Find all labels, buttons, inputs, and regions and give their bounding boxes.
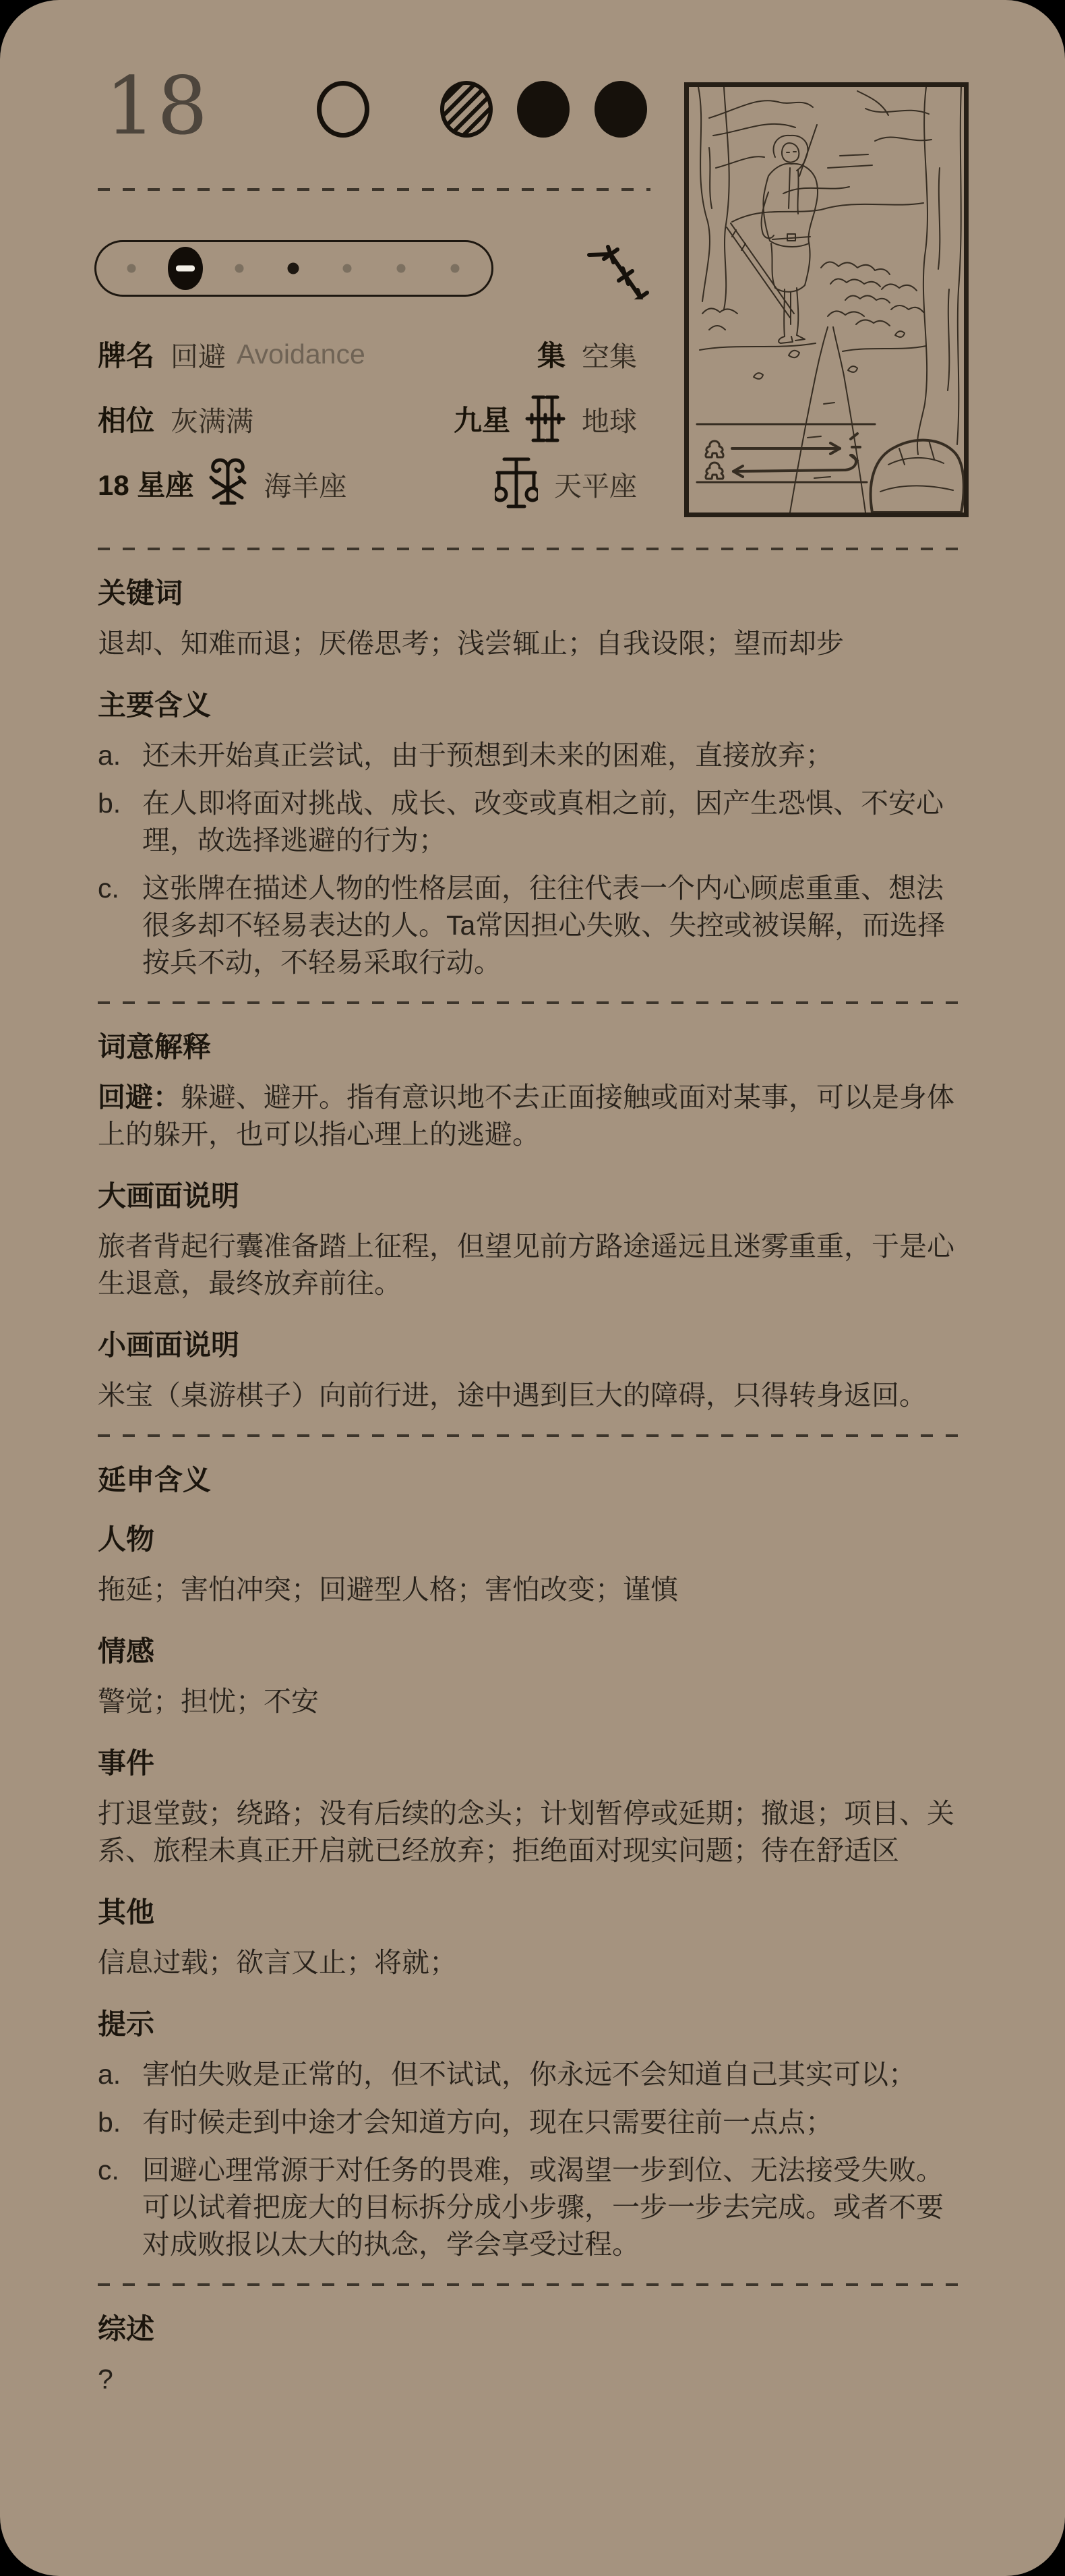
extended-people-title: 人物 [98,1523,969,1556]
card-page: 18 [0,0,1065,2576]
list-marker: a. [98,737,142,774]
word-explain-title: 词意解释 [98,1031,969,1063]
info-row-name: 牌名 回避 Avoidance 集 空集 [98,336,637,372]
list-item: a. 还未开始真正尝试，由于预想到未来的困难，直接放弃； [98,737,969,774]
slider-dot[interactable] [127,264,136,273]
slider-dot[interactable] [343,264,352,273]
slider-dot[interactable] [235,264,244,273]
slider-dot[interactable] [451,264,460,273]
list-text: 有时候走到中途才会知道方向，现在只需要往前一点点； [142,2104,969,2141]
list-item: b. 有时候走到中途才会知道方向，现在只需要往前一点点； [98,2104,969,2141]
set-value: 空集 [582,334,637,374]
keywords-text: 退却、知难而退；厌倦思考；浅尝辄止；自我设限；望而却步 [98,625,969,662]
list-item: c. 回避心理常源于对任务的畏难，或渴望一步到位、无法接受失败。可以试着把庞大的… [98,2152,969,2263]
section-dashed-divider [98,2283,969,2286]
small-picture-text: 米宝（桌游棋子）向前行进，途中遇到巨大的障碍，只得转身返回。 [98,1377,969,1414]
header-dashed-divider [98,188,650,191]
list-marker: c. [98,870,142,981]
list-marker: b. [98,2104,142,2141]
list-item: a. 害怕失败是正常的，但不试试，你永远不会知道自己其实可以； [98,2056,969,2093]
progress-slider[interactable] [94,240,493,297]
phase-circle-hatched-icon [440,81,493,138]
slider-dot-filled[interactable] [288,263,299,274]
staked-path-sigil-icon [584,232,651,299]
libra-scales-sigil-icon [495,454,538,513]
phase-value: 灰满满 [171,399,253,439]
info-row-phase: 相位 灰满满 九星 地球 [98,401,637,437]
zodiac-18-label: 18 星座 [98,463,193,504]
forest-traveler-drawing [689,87,964,513]
phase-circle-solid-icon [517,81,570,138]
word-explain-text: 回避：躲避、避开。指有意识地不去正面接触或面对某事，可以是身体上的躲开，也可以指… [98,1079,969,1153]
list-marker: b. [98,785,142,859]
list-text: 还未开始真正尝试，由于预想到未来的困难，直接放弃； [142,737,969,774]
list-item: b. 在人即将面对挑战、成长、改变或真相之前，因产生恐惧、不安心理，故选择逃避的… [98,785,969,859]
list-marker: c. [98,2152,142,2263]
card-body: 关键词 退却、知难而退；厌倦思考；浅尝辄止；自我设限；望而却步 主要含义 a. … [98,548,969,2398]
sea-goat-sigil-icon [208,456,247,511]
extended-other-text: 信息过载；欲言又止；将就； [98,1944,969,1981]
set-label: 集 [537,334,566,374]
keywords-title: 关键词 [98,577,969,610]
phase-circle-solid-icon [595,81,647,138]
extended-event-text: 打退堂鼓；绕路；没有后续的念头；计划暂停或延期；撤退；项目、关系、旅程未真正开启… [98,1795,969,1869]
section-dashed-divider [98,1434,969,1437]
phase-label: 相位 [98,399,154,439]
big-picture-title: 大画面说明 [98,1180,969,1212]
section-dashed-divider [98,548,969,550]
card-number: 18 [105,66,209,146]
info-row-zodiac: 18 星座 海羊座 [98,465,637,502]
list-text: 这张牌在描述人物的性格层面，往往代表一个内心顾虑重重、想法很多却不轻易表达的人。… [142,870,969,981]
extended-other-title: 其他 [98,1896,969,1929]
main-meaning-title: 主要含义 [98,689,969,722]
zodiac-18-value: 海羊座 [264,464,346,504]
summary-title: 综述 [98,2313,969,2345]
big-picture-text: 旅者背起行囊准备踏上征程，但望见前方路途遥远且迷雾重重，于是心生退意，最终放弃前… [98,1228,969,1302]
nine-star-value: 地球 [582,399,637,439]
word-explain-body: 躲避、避开。指有意识地不去正面接触或面对某事，可以是身体上的躲开，也可以指心理上… [98,1082,954,1150]
nine-star-label: 九星 [454,399,510,439]
card-name-value: 回避 [171,334,226,374]
card-info-grid: 牌名 回避 Avoidance 集 空集 相位 灰满满 九星 [98,336,637,530]
extended-people-text: 拖延；害怕冲突；回避型人格；害怕改变；谨慎 [98,1571,969,1608]
section-dashed-divider [98,1001,969,1004]
list-item: c. 这张牌在描述人物的性格层面，往往代表一个内心顾虑重重、想法很多却不轻易表达… [98,870,969,981]
slider-dot-selected[interactable] [168,247,203,290]
card-name-label: 牌名 [98,334,154,374]
list-text: 害怕失败是正常的，但不试试，你永远不会知道自己其实可以； [142,2056,969,2093]
small-picture-title: 小画面说明 [98,1329,969,1362]
zodiac-libra-value: 天平座 [554,464,637,504]
extended-emotion-text: 警觉；担忧；不安 [98,1683,969,1720]
card-illustration [684,82,969,517]
tips-title: 提示 [98,2008,969,2041]
word-explain-lead: 回避： [98,1082,181,1113]
phase-circle-outline-icon [317,81,369,138]
card-name-english: Avoidance [237,339,365,370]
extended-event-title: 事件 [98,1747,969,1780]
summary-text: ? [98,2361,969,2398]
list-text: 在人即将面对挑战、成长、改变或真相之前，因产生恐惧、不安心理，故选择逃避的行为； [142,785,969,859]
list-marker: a. [98,2056,142,2093]
extended-title: 延申含义 [98,1464,969,1496]
slider-dot[interactable] [397,264,406,273]
list-text: 回避心理常源于对任务的畏难，或渴望一步到位、无法接受失败。可以试着把庞大的目标拆… [142,2152,969,2263]
nine-star-earth-sigil-icon [525,392,566,446]
extended-emotion-title: 情感 [98,1635,969,1668]
